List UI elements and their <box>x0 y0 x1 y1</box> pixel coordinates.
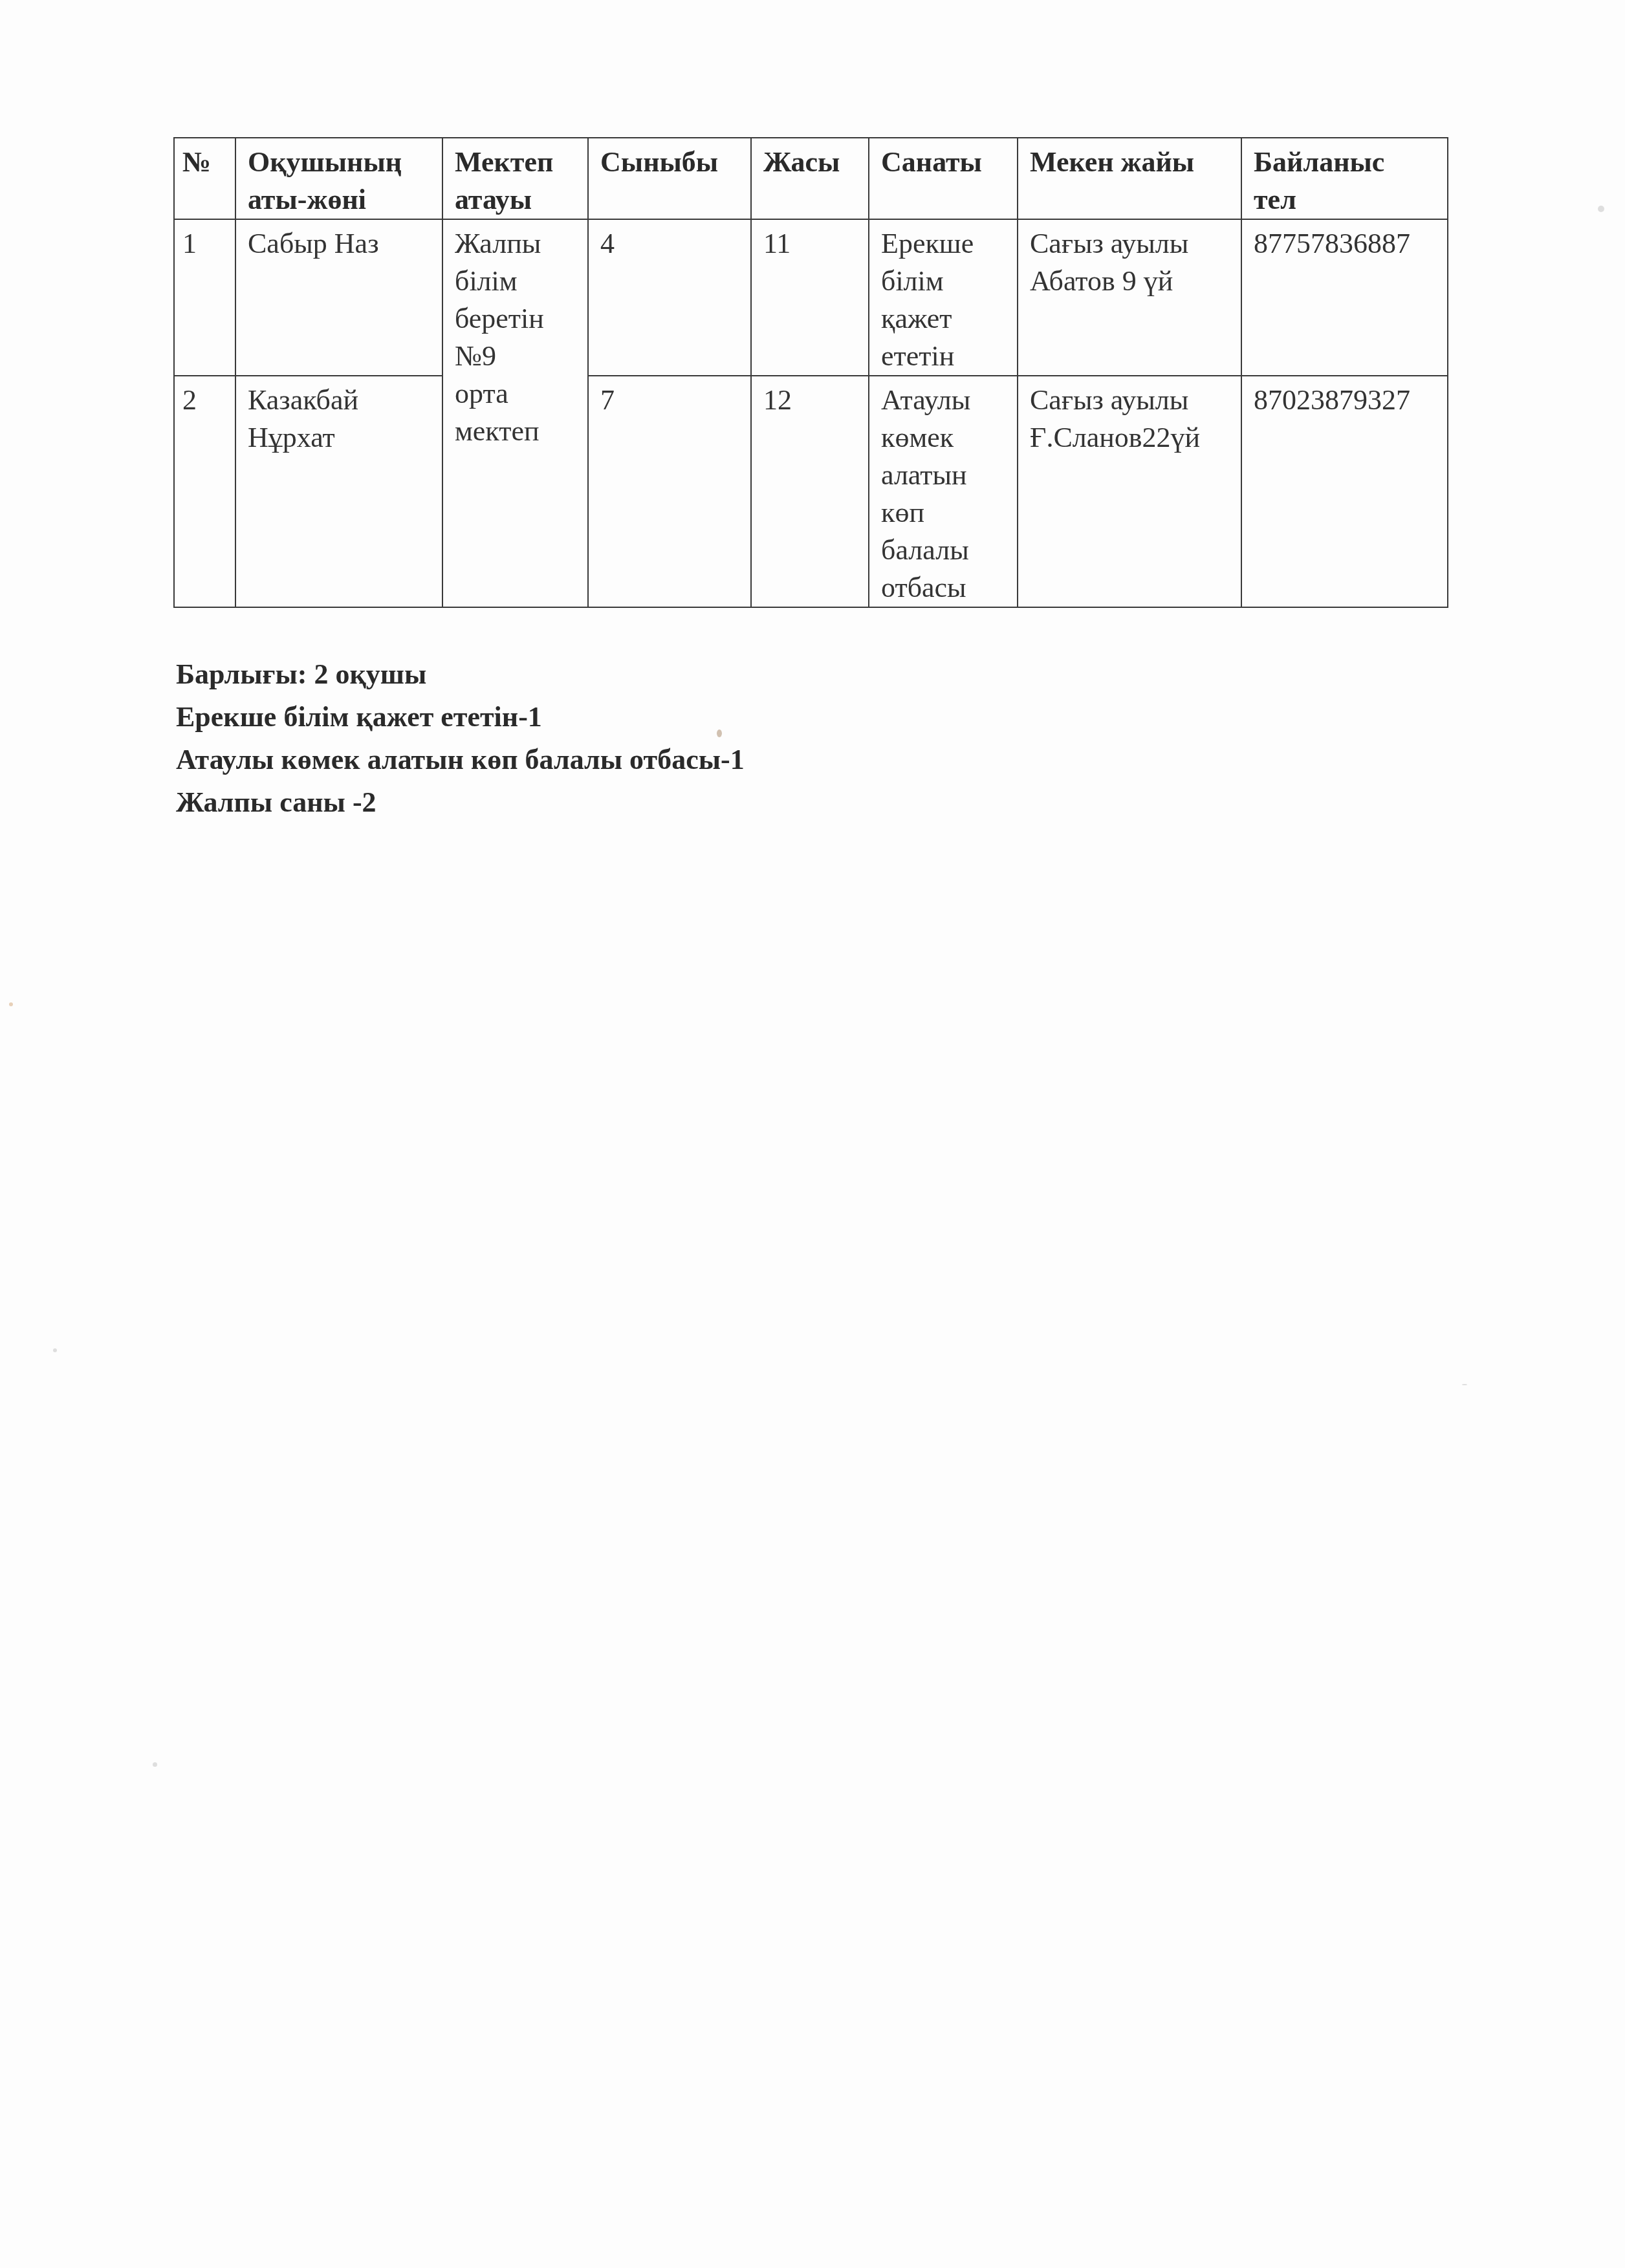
table-header-row: № Оқушының аты-жөні Мектеп атауы Сыныбы … <box>174 138 1448 219</box>
header-category: Санаты <box>869 138 1018 219</box>
summary-large-family: Атаулы көмек алатын көп балалы отбасы-1 <box>176 739 745 781</box>
scan-speck <box>1598 206 1604 212</box>
cell-category: Атаулы көмек алатын көп балалы отбасы <box>869 376 1018 607</box>
cell-grade: 7 <box>588 376 751 607</box>
scan-speck <box>1462 1384 1467 1385</box>
cell-student-name: Казакбай Нұрхат <box>235 376 442 607</box>
table-row: 2 Казакбай Нұрхат 7 12 Атаулы көмек алат… <box>174 376 1448 607</box>
cell-address: Сағыз ауылы Ғ.Сланов22үй <box>1018 376 1241 607</box>
scan-speck <box>9 1002 13 1006</box>
scan-speck <box>153 1762 157 1767</box>
header-number: № <box>174 138 235 219</box>
cell-grade: 4 <box>588 219 751 376</box>
scan-speck <box>717 729 722 737</box>
summary-special-needs: Ерекше білім қажет ететін-1 <box>176 696 745 739</box>
header-age: Жасы <box>751 138 869 219</box>
cell-number: 2 <box>174 376 235 607</box>
header-student-name: Оқушының аты-жөні <box>235 138 442 219</box>
cell-number: 1 <box>174 219 235 376</box>
header-phone: Байланыс тел <box>1241 138 1448 219</box>
summary-total: Барлығы: 2 оқушы <box>176 653 745 696</box>
students-table: № Оқушының аты-жөні Мектеп атауы Сыныбы … <box>173 137 1448 608</box>
header-grade: Сыныбы <box>588 138 751 219</box>
scan-speck <box>53 1348 57 1352</box>
cell-age: 12 <box>751 376 869 607</box>
document-page: № Оқушының аты-жөні Мектеп атауы Сыныбы … <box>0 0 1625 2268</box>
header-school-name: Мектеп атауы <box>442 138 588 219</box>
cell-phone: 87757836887 <box>1241 219 1448 376</box>
cell-school-name: Жалпы білім беретін №9 орта мектеп <box>442 219 588 607</box>
cell-address: Сағыз ауылы Абатов 9 үй <box>1018 219 1241 376</box>
cell-phone: 87023879327 <box>1241 376 1448 607</box>
summary-overall-count: Жалпы саны -2 <box>176 781 745 824</box>
cell-age: 11 <box>751 219 869 376</box>
table-row: 1 Сабыр Наз Жалпы білім беретін №9 орта … <box>174 219 1448 376</box>
header-address: Мекен жайы <box>1018 138 1241 219</box>
summary-block: Барлығы: 2 оқушы Ерекше білім қажет етет… <box>176 653 745 824</box>
cell-category: Ерекше білім қажет ететін <box>869 219 1018 376</box>
cell-student-name: Сабыр Наз <box>235 219 442 376</box>
